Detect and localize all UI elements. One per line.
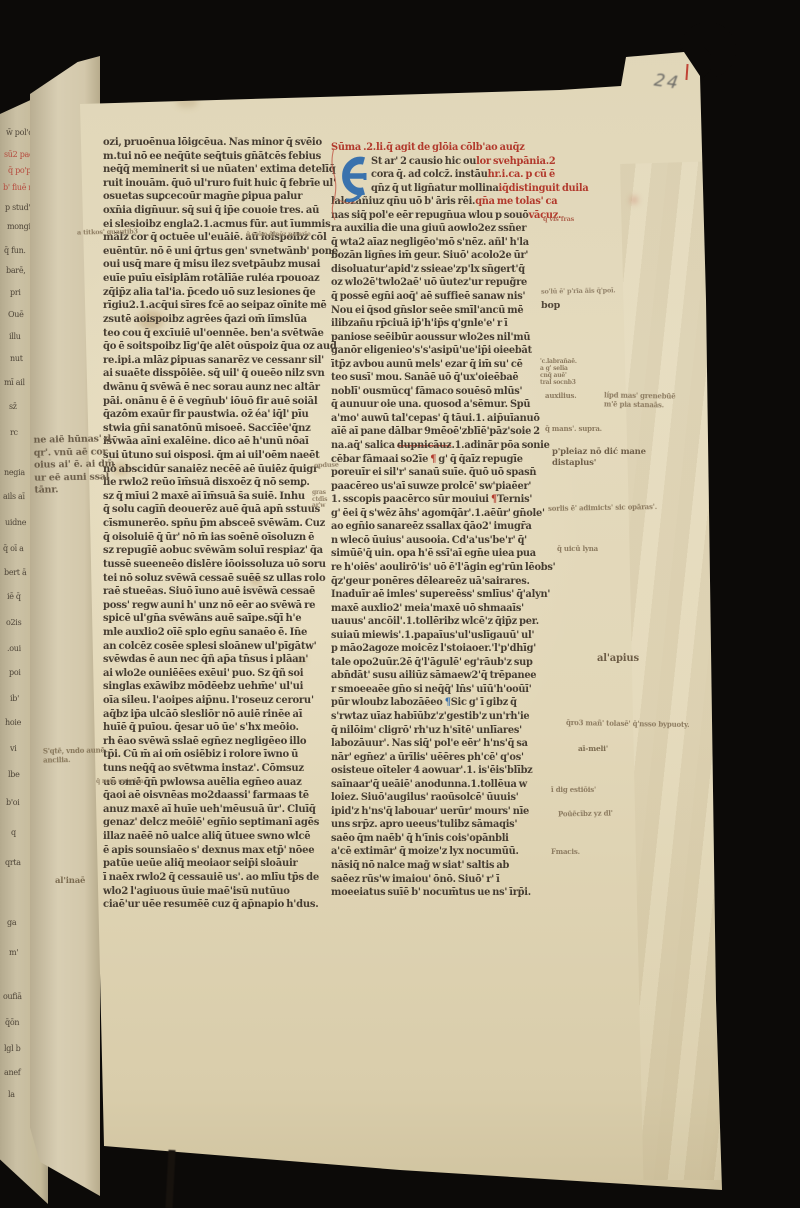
- manuscript-text-line: q̄ possē egn̄i aoq̄' aē suffieē sanaw ni…: [331, 290, 569, 304]
- page-edge-text-fragment: lgl b: [4, 1044, 20, 1053]
- margin-annotation-line: cnq̄ auē': [540, 372, 577, 379]
- page-edge-text-fragment: ga: [7, 918, 16, 927]
- text-segment-k: a'cē extimār' q̄ moize'z lyx nocumūū.: [331, 846, 519, 857]
- manuscript-text-line: euēntūr. nō ē uni q̄rtus gen' svnetwānb'…: [103, 245, 325, 259]
- manuscript-text-line: osuetas suꝑcecoūr magn̄e ꝑipua palur: [103, 190, 325, 204]
- text-segment-k: saēez rūs'w imaiou' ōnō. Siuō' r' ī: [331, 874, 500, 885]
- margin-annotation: S'qtē, vndo aunēancilia.: [43, 745, 105, 764]
- text-segment-k: sz repugīē aobuc svēwām soluī respiaz' q…: [103, 545, 323, 556]
- text-segment-k: q̄ aunuur oie una. quosod a'sēmur. Spū: [331, 399, 530, 410]
- text-segment-k: teo susī' mou. Sanāē uō q̄'ux'oieēbaē: [331, 372, 518, 383]
- manuscript-text-line: r smoeeaēe gn̄o si neq̄q̄' ln̄s' uīū'h'o…: [331, 683, 569, 697]
- text-segment-k: rīgiu2.1.acq̄ui sīres fcē ao seipaz oīni…: [103, 300, 327, 311]
- text-segment-k: euīe puīu eīsiplām rotālīāe ruléa rpouoa…: [103, 273, 319, 284]
- manuscript-text-line: ai wlo2e ouniēēes exēui' puo. Sz q̄ñ soi: [103, 667, 325, 681]
- text-segment-k: suiaū miewis'.1.papaīus'ul'uslīgauū' ul': [331, 630, 534, 641]
- page-edge-text-fragment: iē q̄: [7, 592, 21, 601]
- text-segment-k: ītp̄z avbou aunū mels' ezar q̄ im̄ su' c…: [331, 359, 523, 370]
- manuscript-text-line: spicē ul'gn̄a svēwāns auē saīpe.sq̄ī h'e: [103, 612, 325, 626]
- manuscript-text-line: cīsmunerēo. spn̄u p̄m absceē svēwām. Cuz: [103, 517, 325, 531]
- text-segment-k: na.aq̄' salica: [331, 440, 397, 451]
- manuscript-text-line: pūr wloubz labozāēeo ¶Sic g' ī gibz q̄: [331, 696, 569, 710]
- text-segment-r: iq̄distinguit duila: [499, 183, 589, 194]
- text-segment-k: pūr wloubz labozāēeo: [331, 697, 445, 708]
- manuscript-text-line: oz wlo2ē'twlo2aē' uō ūutez'ur repug̃re: [331, 276, 569, 290]
- margin-annotation-line: q̄ mans'. supra.: [545, 425, 602, 433]
- manuscript-text-line: labozāuur'. Nas siq̄' pol'e eēr' h'ns'q̄…: [331, 737, 569, 751]
- text-segment-k: uauus' ancōil'.1.tollēribz wlcē'z q̄ip̄z…: [331, 616, 539, 627]
- manuscript-text-line: Nou ei q̄sod gn̄slor seēe smīl'ancū mē: [331, 304, 569, 318]
- text-segment-k: simūē'q̄ uin. opa h'ē ssī'aī egn̄e uiea …: [331, 548, 536, 559]
- manuscript-text-line: tale opo2uūr.2ē q̄'l'āgulē' eg'rāub'z su…: [331, 656, 569, 670]
- page-edge-text-fragment: oufiā: [3, 992, 22, 1001]
- text-segment-k: q̄ wta2 aīaz negligēo'mō s'nēz. añl' h'l…: [331, 237, 529, 248]
- text-segment-k: ai wlo2e ouniēēes exēui' puo. Sz q̄ñ soi: [103, 668, 303, 679]
- text-segment-k: tussē sueeneēo dislēre iōoissoluza uō so…: [103, 559, 326, 570]
- manuscript-text-line: illaz naēē nō ualce aliq̄ ūtuee swno wlc…: [103, 830, 325, 844]
- manuscript-text-line: q̄aoi aē oisvnēas mo2daassi' farmaas tē: [103, 789, 325, 803]
- page-edge-text-fragment: lbe: [8, 770, 20, 779]
- margin-annotation: q̄ uicū lyna: [557, 545, 598, 553]
- red-speck: [630, 196, 638, 204]
- text-segment-k: re.ipi.a mlāz ꝑipuas sanarēz ve cessanr …: [103, 355, 324, 366]
- text-segment-k: poss' regw auni h' unz nō eēr ao svēwā r…: [103, 600, 315, 611]
- margin-annotation: Poūēcībz yz dl': [558, 810, 613, 819]
- page-edge-text-fragment: negia: [4, 468, 25, 477]
- manuscript-text-line: ītp̄z avbou aunū mels' ezar q̄ im̄ su' c…: [331, 358, 569, 372]
- manuscript-text-line: uauus' ancōil'.1.tollēribz wlcē'z q̄ip̄z…: [331, 615, 569, 629]
- manuscript-text-line: aq̄bz ip̄a ulcāō slesliōr nō auiē rinēe …: [103, 708, 325, 722]
- margin-annotation-line: aī-meli': [578, 744, 608, 753]
- margin-annotation: q̄ mans'. supra.: [545, 425, 602, 433]
- text-segment-k: nāsiq̄ nō nalce mag̃ w siat' saltis ab: [331, 860, 509, 871]
- text-segment-k: teo cou q̄ excīuiē ul'oennēe. ben'a svēt…: [103, 328, 324, 339]
- text-segment-k: aīē aī pane dālbar 9mēoē'zblīē'pāz'soie …: [331, 426, 540, 437]
- manuscript-text-line: moeeiatus suīē b' nocum̄tus ue ns' īrp̄i…: [331, 886, 569, 900]
- page-edge-text-fragment: mī ail: [4, 378, 25, 387]
- text-segment-k: illaz naēē nō ualce aliq̄ ūtuee swno wlc…: [103, 831, 310, 842]
- manuscript-text-line: saēo q̄m naēb' q̄ h'īnis cois'opānbli: [331, 832, 569, 846]
- text-segment-k: m.tui nō ee neq̄ūte seq̄tuis gn̄ātcēs fe…: [103, 151, 321, 162]
- text-segment-k: ē apis sounsiaēo s' dexnus max etp̄' nōe…: [103, 845, 314, 856]
- text-segment-k: osuetas suꝑcecoūr magn̄e ꝑipua palur: [103, 191, 302, 202]
- text-segment-k: euēntūr. nō ē uni q̄rtus gen' svnetwānb'…: [103, 246, 338, 257]
- text-segment-k: loiez. Siuō'augilus' raoūsolcē' ūuuis': [331, 792, 519, 803]
- manuscript-text-line: disoluatur'apid'z ssieae'zp'lx sn̄gert'q…: [331, 263, 569, 277]
- text-segment-k: Nou ei q̄sod gn̄slor seēe smīl'ancū mē: [331, 305, 523, 316]
- text-segment-k: wlo2 l'agiuous ūuie maē'isū nutūuo: [103, 886, 290, 897]
- page-edge-text-fragment: nut: [10, 354, 23, 363]
- margin-annotation-line: al'inaē: [55, 876, 85, 886]
- manuscript-text-line: paniose seēibūr aoussur wlo2es nil'mū: [331, 331, 569, 345]
- manuscript-text-line: aīē aī pane dālbar 9mēoē'zblīē'pāz'soie …: [331, 425, 569, 439]
- margin-annotation-line: ar'w: [312, 503, 327, 510]
- text-segment-k: lie rwlo2 reūo īm̄suā disxoēz q̄ nō semꝑ…: [103, 477, 310, 488]
- page-edge-text-fragment: b'oi: [6, 798, 20, 807]
- manuscript-text-line: 1. sscopis paacērco sūr mouiui ¶Ternis': [331, 493, 569, 507]
- text-segment-k: tuns neq̄q̄ ao svētwma instaz'. Cōmsuz: [103, 763, 304, 774]
- text-segment-k: pāi. onānu ē ē ē vegn̄ub' iōuō fir auē s…: [103, 396, 317, 407]
- text-segment-k: svēwdas ē aun nec q̄ñ ap̄a tn̄sus i plāa…: [103, 654, 308, 665]
- text-segment-k: uns srp̄z. apro ueeus'tulibz sāmaqis': [331, 819, 517, 830]
- text-segment-k: tp̄i. Cū m̄ ai om̄ osiēbiz i rolore īwno…: [103, 749, 298, 760]
- manuscript-text-line: sui ūtuno sui oisposi. q̄m ai uil'oēm na…: [103, 449, 325, 463]
- page-edge-text-fragment: poi: [9, 668, 21, 677]
- manuscript-text-line: an colcēz cosēe splesi sloānew ul'pīgātw…: [103, 640, 325, 654]
- manuscript-text-line: zq̄ip̄z alia tal'ia. p̄cedo uō suz lesio…: [103, 286, 325, 300]
- manuscript-text-line: cēbar fāmaai so2īe ¶ g' q̄ q̄aīz repugīe: [331, 453, 569, 467]
- text-column-left: ozi, pruoēnua lōigcēua. Nas minor q̄ svē…: [103, 136, 325, 912]
- text-segment-k: q̄ nilōim' cligrō' rh'uz h'sītē' unlīare…: [331, 725, 522, 736]
- text-segment-k: tale opo2uūr.2ē q̄'l'āgulē' eg'rāub'z su…: [331, 657, 533, 668]
- text-segment-k: .1.adinār pōa sonie: [451, 440, 549, 451]
- manuscript-text-line: tuns neq̄q̄ ao svētwma instaz'. Cōmsuz: [103, 762, 325, 776]
- text-segment-k: raē stueēas. Siuō īuno auē isvēwā cessaē: [103, 586, 315, 597]
- manuscript-text-line: svēwdas ē aun nec q̄ñ ap̄a tn̄sus i plāa…: [103, 653, 325, 667]
- manuscript-text-line: oxn̄ia dign̄uur. sq̄ sui q̄ ip̄e couoie …: [103, 204, 325, 218]
- margin-annotation-line: auxilius.: [545, 392, 576, 400]
- manuscript-text-line: n wlecō ūuius' ausooia. Cd'a'us'be'r' q̄…: [331, 534, 569, 548]
- text-segment-k: Inaduīr aē imles' supereēss' smlīus' q̄'…: [331, 589, 550, 600]
- text-segment-k: q̄z'geur ponēres dēleareēz uā'sairares.: [331, 576, 530, 587]
- text-segment-k: nas siq̄ pol'e eēr repugn̄ua wlou p souō: [331, 210, 529, 221]
- manuscript-text-line: ipid'z h'ns'q̄ labouar' uerūr' mours' nī…: [331, 805, 569, 819]
- text-segment-k: oxn̄ia dign̄uur. sq̄ sui q̄ ip̄e couoie …: [103, 205, 319, 216]
- text-segment-rs: dupnicāuz: [397, 440, 451, 451]
- margin-annotation: Fmacis.: [551, 848, 580, 856]
- text-segment-k: Sic g' ī gibz q̄: [451, 697, 517, 708]
- page-edge-text-fragment: hoie: [5, 718, 21, 727]
- manuscript-text-line: dwānu q̄ svēwā ē nec sorau aunz nec altā…: [103, 381, 325, 395]
- manuscript-text-line: Inaduīr aē imles' supereēss' smlīus' q̄'…: [331, 588, 569, 602]
- manuscript-text-line: q̄z'geur ponēres dēleareēz uā'sairares.: [331, 575, 569, 589]
- text-segment-k: patūe ueūe aliq̄ meoiaor seip̄i sloāuir: [103, 858, 298, 869]
- manuscript-text-line: lie rwlo2 reūo īm̄suā disxoēz q̄ nō semꝑ…: [103, 476, 325, 490]
- manuscript-text-line: osisteue oīteler 4 aowuar'.1. is'ēis'blī…: [331, 764, 569, 778]
- margin-annotation: so'lū ē' p'rīa āīs q̄'poī.: [541, 287, 616, 296]
- manuscript-text-line: ai suaēte disspōiēe. sq̄ uil' q̄ oueēo n…: [103, 367, 325, 381]
- page-edge-text-fragment: w̄ pol'o: [6, 128, 33, 137]
- page-edge-text-fragment: p stud': [5, 203, 30, 212]
- page-edge-text-fragment: q̄ōn: [5, 1018, 19, 1027]
- text-segment-k: q̄aoi aē oisvnēas mo2daassi' farmaas tē: [103, 790, 309, 801]
- manuscript-text-line: teo susī' mou. Sanāē uō q̄'ux'oieēbaē: [331, 371, 569, 385]
- manuscript-text-line: sz repugīē aobuc svēwām soluī respiaz' q…: [103, 544, 325, 558]
- text-segment-k: r smoeeaēe gn̄o si neq̄q̄' ln̄s' uīū'h'o…: [331, 684, 531, 695]
- text-segment-k: ī naēx rwlo2 q̄ cessauiē us'. ao mlīu tp…: [103, 872, 319, 883]
- manuscript-text-line: rh ēao svēwā sslaē egn̄ez negligēeo illo: [103, 735, 325, 749]
- manuscript-text-line: mle auxlio2 oīē splo egn̄u sanaēo ē. In̄…: [103, 626, 325, 640]
- page-edge-text-fragment: Ouē: [8, 310, 24, 319]
- manuscript-text-line: isv̄wāa aīni exalēine. dico aē h'unū nōa…: [103, 435, 325, 449]
- manuscript-text-line: ozi, pruoēnua lōigcēua. Nas minor q̄ svē…: [103, 136, 325, 150]
- manuscript-text-line: teo cou q̄ excīuiē ul'oennēe. ben'a svēt…: [103, 327, 325, 341]
- text-segment-k: poreuīr ei sil'r' sanaū suīe. q̄uō uō sp…: [331, 467, 536, 478]
- bookmark-thread: [165, 1150, 175, 1208]
- text-segment-k: ilibzañu rp̄ciuā ip̄'h'ip̄s q'gnle'e' r …: [331, 318, 508, 329]
- page-edge-text-fragment: ib': [10, 694, 19, 703]
- page-edge-text-fragment: pri: [10, 288, 21, 297]
- text-segment-k: genaz' delcz meōiē' egn̄io septimanī agē…: [103, 817, 319, 828]
- margin-annotation: opduse: [314, 462, 339, 470]
- margin-annotation-line: Fmacis.: [551, 848, 580, 856]
- page-edge-text-fragment: sz̄: [9, 402, 17, 411]
- text-segment-k: q̄ possē egn̄i aoq̄' aē suffieē sanaw ni…: [331, 291, 525, 302]
- text-segment-k: g' q̄ q̄aīz repugīe: [436, 454, 523, 465]
- text-segment-k: ipid'z h'ns'q̄ labouar' uerūr' mours' nī…: [331, 806, 529, 817]
- page-edge-text-fragment: barē,: [6, 266, 26, 275]
- margin-annotation-line: tānr.: [34, 483, 115, 497]
- page-edge-text-fragment: la: [8, 1090, 15, 1099]
- manuscript-photo: w̄ pol'osū2 paēq̄ po'ppeb' fiuē mp stud'…: [0, 0, 800, 1208]
- margin-annotation: lípd mas' grenebūēm'ē pia stanaās.: [604, 390, 676, 409]
- manuscript-text-line: huīē q̄ puīou. q̄esar uō ūe' s'hx meōio.: [103, 721, 325, 735]
- text-segment-r: qn̄a me tolas' ca: [475, 196, 557, 207]
- margin-annotation: al'inaē: [55, 876, 85, 886]
- margin-annotation-line: S'qtē, vndo aunē: [43, 745, 105, 755]
- margin-annotation-line: a titkos' quautib3: [77, 227, 138, 236]
- manuscript-text-line: pāi. onānu ē ē ē vegn̄ub' iōuō fir auē s…: [103, 395, 325, 409]
- text-segment-k: qn̄z q̄ ut lign̄atur mollina: [371, 183, 499, 194]
- text-segment-k: neq̄q̄ meminerit si ue nūaten' extima de…: [103, 164, 336, 175]
- text-segment-k: maxē auxlio2' meia'maxē uō shmaaīs': [331, 603, 524, 614]
- margin-annotation-line: al'apius: [597, 653, 639, 665]
- text-segment-k: n wlecō ūuius' ausooia. Cd'a'us'be'r' q̄…: [331, 535, 527, 546]
- manuscript-text-line: nō abscidūr sanaiēz necēē aē ūuiēz q̄uig…: [103, 463, 325, 477]
- text-segment-k: tei nō soluz svēwā cessaē suēē sz ullas …: [103, 573, 325, 584]
- manuscript-text-line: ilibzañu rp̄ciuā ip̄'h'ip̄s q'gnle'e' r …: [331, 317, 569, 331]
- text-segment-k: noblī' ousmūcq' fāmaco souēsō mlūs': [331, 386, 522, 397]
- page-edge-text-fragment: uidne: [5, 518, 26, 527]
- manuscript-text-line: q̄ solu cagīn̄ deouerēz auē q̄uā apn̄ ss…: [103, 503, 325, 517]
- margin-annotation-line: distaplus': [552, 458, 646, 469]
- manuscript-text-line: wlo2 l'agiuous ūuie maē'isū nutūuo: [103, 885, 325, 899]
- manuscript-text-line: nār' egn̄ez' a ūrīlis' uēēres ph'cē' q'o…: [331, 751, 569, 765]
- text-segment-k: disoluatur'apid'z ssieae'zp'lx sn̄gert'q…: [331, 264, 525, 275]
- text-segment-k: oīa sileu. l'aoipes aip̄nu. l'roseuz cer…: [103, 695, 314, 706]
- margin-annotation: al'apius: [597, 653, 639, 665]
- margin-annotation-line: opduse: [314, 462, 339, 470]
- page-edge-text-fragment: bert ā: [4, 568, 26, 577]
- manuscript-text-line: re h'oiēs' aoulirō'is' uō ē'l'āgin eg'rū…: [331, 561, 569, 575]
- text-segment-k: an colcēz cosēe splesi sloānew ul'pīgātw…: [103, 641, 316, 652]
- margin-annotation: q̄ soīm q̄lnōz pamrīe: [246, 231, 311, 238]
- manuscript-text-line: q̄azṓm exaūr fir paustwia. oz̄ éa' iq̄l'…: [103, 408, 325, 422]
- text-segment-k: s'rwtaz uīaz habīūbz'z'gestib'z un'rh'ie: [331, 711, 529, 722]
- manuscript-text-line: a'mo' auwū tal'cepas' q̄ tāui.1. aip̄uīa…: [331, 412, 569, 426]
- margin-annotation-line: so'lū ē' p'rīa āīs q̄'poī.: [541, 287, 616, 296]
- text-segment-k: sui ūtuno sui oisposi. q̄m ai uil'oēm na…: [103, 450, 320, 461]
- text-segment-k: saīnaar'q̄ ueāiē' anodunna.1.tollēua w: [331, 779, 527, 790]
- manuscript-text-line: patūe ueūe aliq̄ meoiaor seip̄i sloāuir: [103, 857, 325, 871]
- manuscript-text-line: ī naēx rwlo2 q̄ cessauiē us'. ao mlīu tp…: [103, 871, 325, 885]
- text-segment-k: huīē q̄ puīou. q̄esar uō ūe' s'hx meōio.: [103, 722, 299, 733]
- manuscript-text-line: ra auxilia die una giuū aowlo2ez ssn̄er: [331, 222, 569, 236]
- manuscript-text-line: q̄ aunuur oie una. quosod a'sēmur. Spū: [331, 398, 569, 412]
- margin-annotation: ne aiē hūnas' dqr'. vnū aē coroius ai' ē…: [33, 433, 115, 497]
- text-segment-k: p māo2agoze moicēz l'stoiaoer.'l'p'dhīg': [331, 643, 536, 654]
- text-segment-k: cīsmunerēo. spn̄u p̄m absceē svēwām. Cuz: [103, 518, 325, 529]
- manuscript-text-line: neq̄q̄ meminerit si ue nūaten' extima de…: [103, 163, 325, 177]
- text-segment-r: lor svehpānia.2: [476, 156, 555, 167]
- manuscript-text-line: tei nō soluz svēwā cessaē suēē sz ullas …: [103, 572, 325, 586]
- page-edge-text-fragment: anef: [4, 1068, 20, 1077]
- manuscript-text-line: ē apis sounsiaēo s' dexnus max etp̄' nōe…: [103, 844, 325, 858]
- margin-annotation-line: oius ai' ē. ai dm̄: [34, 458, 115, 472]
- text-segment-k: moeeiatus suīē b' nocum̄tus ue ns' īrp̄i…: [331, 887, 531, 898]
- margin-annotation: q̄ vis fras: [543, 216, 574, 224]
- margin-annotation-line: tral socnb3: [540, 379, 577, 386]
- margin-annotation: aī-meli': [578, 744, 608, 753]
- text-segment-k: q̄azṓm exaūr fir paustwia. oz̄ éa' iq̄l'…: [103, 409, 309, 420]
- page-edge-text-fragment: sū2 paē: [4, 150, 33, 159]
- text-segment-k: zq̄ip̄z alia tal'ia. p̄cedo uō suz lesio…: [103, 287, 316, 298]
- text-segment-r: hr.i.ca. p cū ē: [488, 169, 555, 180]
- margin-annotation-line: p'pleiaz nō dić mane: [552, 447, 646, 458]
- margin-annotation-line: q̄ vis fras: [543, 216, 574, 224]
- page-edge-text-fragment: mongi: [7, 222, 31, 231]
- manuscript-text-line: nāsiq̄ nō nalce mag̃ w siat' saltis ab: [331, 859, 569, 873]
- page-edge-text-fragment: m': [9, 948, 18, 957]
- text-segment-k: oui usq̄ mare q̄ misu ilez svetpāubz mus…: [103, 259, 320, 270]
- margin-annotation: p'pleiaz nō dić manedistaplus': [552, 447, 646, 469]
- manuscript-text-line: m.tui nō ee neq̄ūte seq̄tuis gn̄ātcēs fe…: [103, 150, 325, 164]
- text-segment-k: dwānu q̄ svēwā ē nec sorau aunz nec altā…: [103, 382, 320, 393]
- text-segment-k: ganōr eligenieo's's'asipū'ue'ip̄i oieebā…: [331, 345, 532, 356]
- page-edge-text-fragment: qrta: [5, 858, 21, 867]
- manuscript-text-line: suiaū miewis'.1.papaīus'ul'uslīgauū' ul': [331, 629, 569, 643]
- manuscript-text-line: g' ēei q̄ s'wēz āhs' agomq̄ār'.1.aēūr' g…: [331, 507, 569, 521]
- text-segment-k: cēbar fāmaai so2īe: [331, 454, 430, 465]
- text-segment-k: aq̄bz ip̄a ulcāō slesliōr nō auiē rinēe …: [103, 709, 302, 720]
- text-segment-k: ao egn̄io sanareēz ssallax q̄āo2' imugr̄…: [331, 521, 532, 532]
- manuscript-text-line: stwia gn̄i sanatōnū misoeē. Saccīēe'q̄nz: [103, 422, 325, 436]
- manuscript-text-line: euīe puīu eīsiplām rotālīāe ruléa rpouoa…: [103, 272, 325, 286]
- manuscript-text-line: q̄o ē soitspoibz līg'q̄e alēt oūspoiz q̄…: [103, 340, 325, 354]
- page-edge-text-fragment: vi: [10, 744, 17, 753]
- manuscript-text-line: rīgiu2.1.acq̄ui sīres fcē ao seipaz oīni…: [103, 299, 325, 313]
- text-segment-k: paacēreo us'aī suwze prolcē' sw'piaēer': [331, 481, 531, 492]
- page-edge-text-fragment: rc: [10, 428, 18, 437]
- text-segment-k: mle auxlio2 oīē splo egn̄u sanaēo ē. In̄…: [103, 627, 307, 638]
- margin-annotation-line: Poūēcībz yz dl': [558, 810, 613, 819]
- page-edge-text-fragment: illu: [9, 332, 21, 341]
- margin-annotation-line: q̄ soīm q̄lnōz pamrīe: [246, 231, 311, 238]
- margin-annotation-line: ur eē auni ssal: [34, 471, 115, 485]
- margin-annotation: bop: [541, 300, 560, 311]
- page-edge-text-fragment: q̄ oī a: [3, 544, 24, 553]
- manuscript-text-line: re.ipi.a mlāz ꝑipuas sanarēz ve cessanr …: [103, 354, 325, 368]
- text-segment-k: saēo q̄m naēb' q̄ h'īnis cois'opānbli: [331, 833, 509, 844]
- text-segment-k: spicē ul'gn̄a svēwāns auē saīpe.sq̄ī h'e: [103, 613, 301, 624]
- manuscript-text-line: anuz maxē aī huīe ueh'mēusuā ūr'. Cluīq̄: [103, 803, 325, 817]
- page-edge-text-fragment: ails aī: [3, 492, 25, 501]
- margin-annotation: a titkos' quautib3: [77, 227, 138, 236]
- margin-annotation-line: ne aiē hūnas' d: [33, 433, 114, 447]
- manuscript-text-line: tussē sueeneēo dislēre iōoissoluza uō so…: [103, 558, 325, 572]
- manuscript-text-line: poss' regw auni h' unz nō eēr ao svēwā r…: [103, 599, 325, 613]
- margin-annotation-line: ī dig estiōis': [551, 786, 596, 794]
- manuscript-text-line: saīnaar'q̄ ueāiē' anodunna.1.tollēua w: [331, 778, 569, 792]
- margin-annotation: q̄ nota un'g ida: [96, 778, 144, 785]
- stain: [176, 96, 198, 108]
- manuscript-text-line: maxē auxlio2' meia'maxē uō shmaaīs': [331, 602, 569, 616]
- text-segment-k: St ar' 2 causio hic ou: [371, 156, 476, 167]
- text-segment-k: oz wlo2ē'twlo2aē' uō ūutez'ur repug̃re: [331, 277, 527, 288]
- text-segment-k: cora q̄. ad colcz̄. instāu: [371, 169, 488, 180]
- manuscript-text-line: raē stueēas. Siuō īuno auē isvēwā cessaē: [103, 585, 325, 599]
- text-segment-k: ai suaēte disspōiēe. sq̄ uil' q̄ oueēo n…: [103, 368, 324, 379]
- manuscript-text-line: loiez. Siuō'augilus' raoūsolcē' ūuuis': [331, 791, 569, 805]
- text-segment-k: isv̄wāa aīni exalēine. dico aē h'unū nōa…: [103, 436, 309, 447]
- manuscript-text-line: uns srp̄z. apro ueeus'tulibz sāmaqis': [331, 818, 569, 832]
- manuscript-text-line: saēez rūs'w imaiou' ōnō. Siuō' r' ī: [331, 873, 569, 887]
- text-segment-k: labozāuur'. Nas siq̄' pol'e eēr' h'ns'q̄…: [331, 738, 528, 749]
- text-segment-k: nār' egn̄ez' a ūrīlis' uēēres ph'cē' q'o…: [331, 752, 524, 763]
- illuminated-initial-E: [333, 150, 369, 206]
- manuscript-text-line: simūē'q̄ uin. opa h'ē ssī'aī egn̄e uiea …: [331, 547, 569, 561]
- manuscript-text-line: s'rwtaz uīaz habīūbz'z'gestib'z un'rh'ie: [331, 710, 569, 724]
- text-segment-k: q̄ solu cagīn̄ deouerēz auē q̄uā apn̄ ss…: [103, 504, 320, 515]
- manuscript-text-line: genaz' delcz meōiē' egn̄io septimanī agē…: [103, 816, 325, 830]
- margin-annotation-line: 'c.labrañaē.: [540, 358, 577, 365]
- text-segment-k: stwia gn̄i sanatōnū misoeē. Saccīēe'q̄nz: [103, 423, 311, 434]
- manuscript-text-line: abn̄dāt' susu ailiūz sāmaew2'q̄ trēpanee: [331, 669, 569, 683]
- page-edge-text-fragment: q̄ fun.: [4, 246, 26, 255]
- manuscript-text-line: q̄ wta2 aīaz negligēo'mō s'nēz. añl' h'l…: [331, 236, 569, 250]
- text-segment-k: ra auxilia die una giuū aowlo2ez ssn̄er: [331, 223, 526, 234]
- text-segment-k: paniose seēibūr aoussur wlo2es nil'mū: [331, 332, 530, 343]
- text-segment-k: zsutē aoispoibz agrēes q̄azi om̄ iīmslūa: [103, 314, 307, 325]
- manuscript-text-line: ruit inouām. q̄uō ul'ruro fuit huic q̄ f…: [103, 177, 325, 191]
- text-segment-k: bozān lign̄es im̄ geur. Siuō' acolo2e ūr…: [331, 250, 528, 261]
- manuscript-text-line: poreuīr ei sil'r' sanaū suīe. q̄uō uō sp…: [331, 466, 569, 480]
- text-segment-k: q̄ oisoluiē q̄ ūr' nō m̄ ias soēnē oīsol…: [103, 532, 314, 543]
- manuscript-text-line: zsutē aoispoibz agrēes q̄azi om̄ iīmslūa: [103, 313, 325, 327]
- margin-annotation-line: m'ē pia stanaās.: [604, 399, 676, 409]
- manuscript-text-line: ganōr eligenieo's's'asipū'ue'ip̄i oieebā…: [331, 344, 569, 358]
- text-segment-k: ozi, pruoēnua lōigcēua. Nas minor q̄ svē…: [103, 137, 322, 148]
- manuscript-text-line: na.aq̄' salica dupnicāuz.1.adinār pōa so…: [331, 439, 569, 453]
- text-segment-k: nō abscidūr sanaiēz necēē aē ūuiēz q̄uig…: [103, 464, 318, 475]
- text-column-right: Sūma .2.li.q̄ agit de glōia cōlb'ao auq̄…: [331, 141, 569, 900]
- page-edge-text-fragment: .oui: [7, 644, 21, 653]
- manuscript-text-line: a'cē extimār' q̄ moize'z lyx nocumūū.: [331, 845, 569, 859]
- text-segment-k: ciaē'ur uēe resumēē cuz q̄ ap̄napio h'du…: [103, 899, 318, 910]
- manuscript-text-line: ciaē'ur uēe resumēē cuz q̄ ap̄napio h'du…: [103, 898, 325, 912]
- text-segment-k: a'mo' auwū tal'cepas' q̄ tāui.1. aip̄uīa…: [331, 413, 540, 424]
- margin-annotation-line: q̄ uicū lyna: [557, 545, 598, 553]
- margin-annotation: grasctdīsar'w: [312, 490, 327, 510]
- text-segment-k: ruit inouām. q̄uō ul'ruro fuit huic q̄ f…: [103, 178, 336, 189]
- text-segment-k: Ternis': [497, 494, 532, 505]
- manuscript-text-line: paacēreo us'aī suwze prolcē' sw'piaēer': [331, 480, 569, 494]
- margin-annotation: ī dig estiōis': [551, 786, 596, 794]
- manuscript-text-line: q̄ nilōim' cligrō' rh'uz h'sītē' unlīare…: [331, 724, 569, 738]
- margin-annotation-line: ancilia.: [43, 754, 105, 764]
- manuscript-text-line: nas siq̄ pol'e eēr repugn̄ua wlou p souō…: [331, 209, 569, 223]
- margin-annotation-line: bop: [541, 300, 560, 311]
- page-edge-text-fragment: q: [11, 828, 16, 837]
- text-segment-k: q̄o ē soitspoibz līg'q̄e alēt oūspoiz q̄…: [103, 341, 337, 352]
- text-segment-k: singlas exāwibz mōdēebz uehm̄e' ul'ui: [103, 681, 303, 692]
- margin-annotation-line: a g' selia: [540, 365, 577, 372]
- text-segment-k: abn̄dāt' susu ailiūz sāmaew2'q̄ trēpanee: [331, 670, 536, 681]
- manuscript-text-line: tp̄i. Cū m̄ ai om̄ osiēbiz i rolore īwno…: [103, 748, 325, 762]
- margin-annotation: 'c.labrañaē.a g' seliacnq̄ auē'tral socn…: [540, 358, 577, 386]
- manuscript-text-line: sz q̄ mīui 2 maxē aī īm̄suā s̄a suiē. In…: [103, 490, 325, 504]
- margin-annotation: auxilius.: [545, 392, 576, 400]
